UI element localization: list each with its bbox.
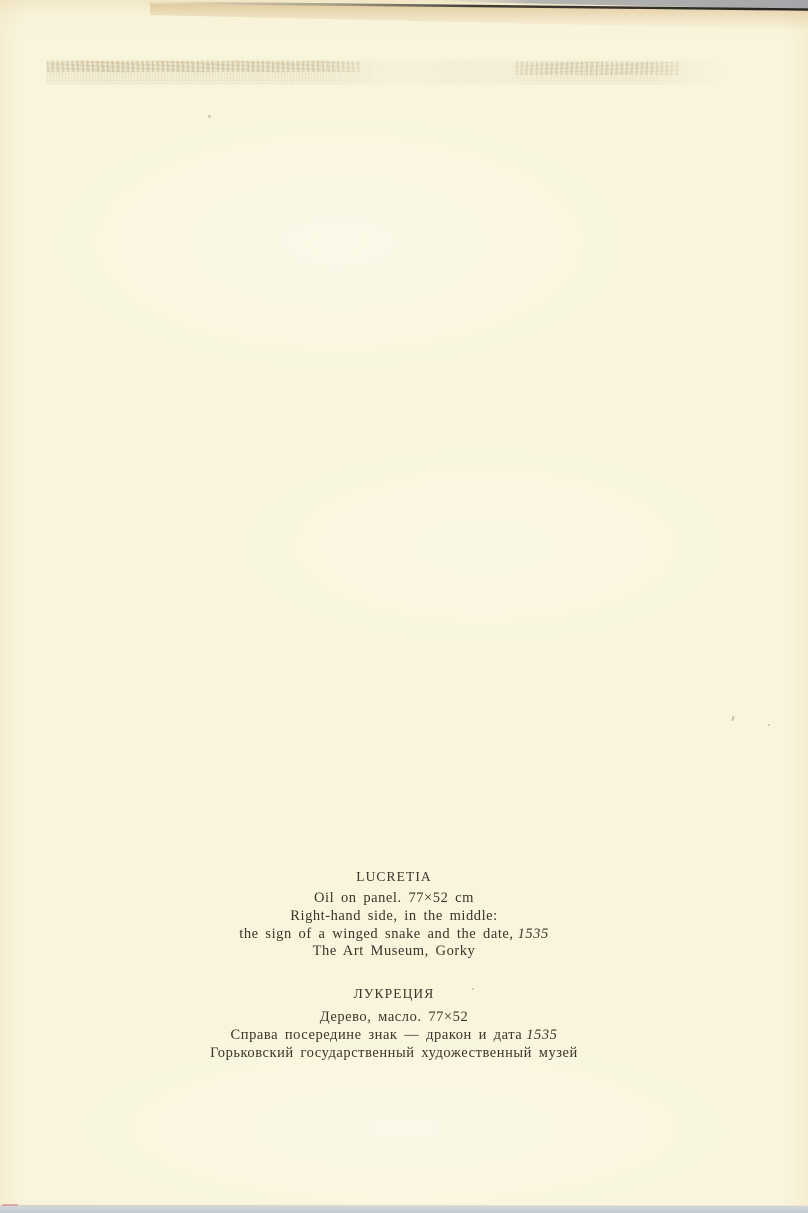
caption-english: LUCRETIA Oil on panel. 77×52 cm Right-ha… [0,869,798,961]
inscription-line-2-en: the sign of a winged snake and the date,… [0,926,798,944]
inscription-line-ru: Справа посередине знак — дракон и дата15… [0,1027,798,1045]
artwork-date-ru: 1535 [526,1027,557,1043]
artwork-title-en: LUCRETIA [0,869,798,885]
scan-top-edge [0,0,808,34]
paper-speck [732,716,735,721]
artwork-date-en: 1535 [518,926,549,942]
paper-speck [768,724,770,726]
museum-line-en: The Art Museum, Gorky [0,943,798,961]
paper-speck [208,115,211,118]
medium-line-ru: Дерево, масло. 77×52 [0,1009,798,1027]
showthrough-fade [45,58,729,86]
artwork-title-ru: ЛУКРЕЦИЯ [0,986,798,1002]
inscription-line-2-text-en: the sign of a winged snake and the date, [239,926,513,942]
scanner-bottom-band [0,1206,808,1213]
inscription-text-ru: Справа посередине знак — дракон и дата [231,1027,523,1043]
inscription-line-1-en: Right-hand side, in the middle: [0,908,798,926]
showthrough-band [47,60,727,84]
caption-russian: ЛУКРЕЦИЯ Дерево, масло. 77×52 Справа пос… [0,986,798,1062]
museum-line-ru: Горьковский государственный художественн… [0,1045,798,1063]
scanned-book-page: LUCRETIA Oil on panel. 77×52 cm Right-ha… [0,0,808,1213]
medium-line-en: Oil on panel. 77×52 cm [0,890,798,908]
